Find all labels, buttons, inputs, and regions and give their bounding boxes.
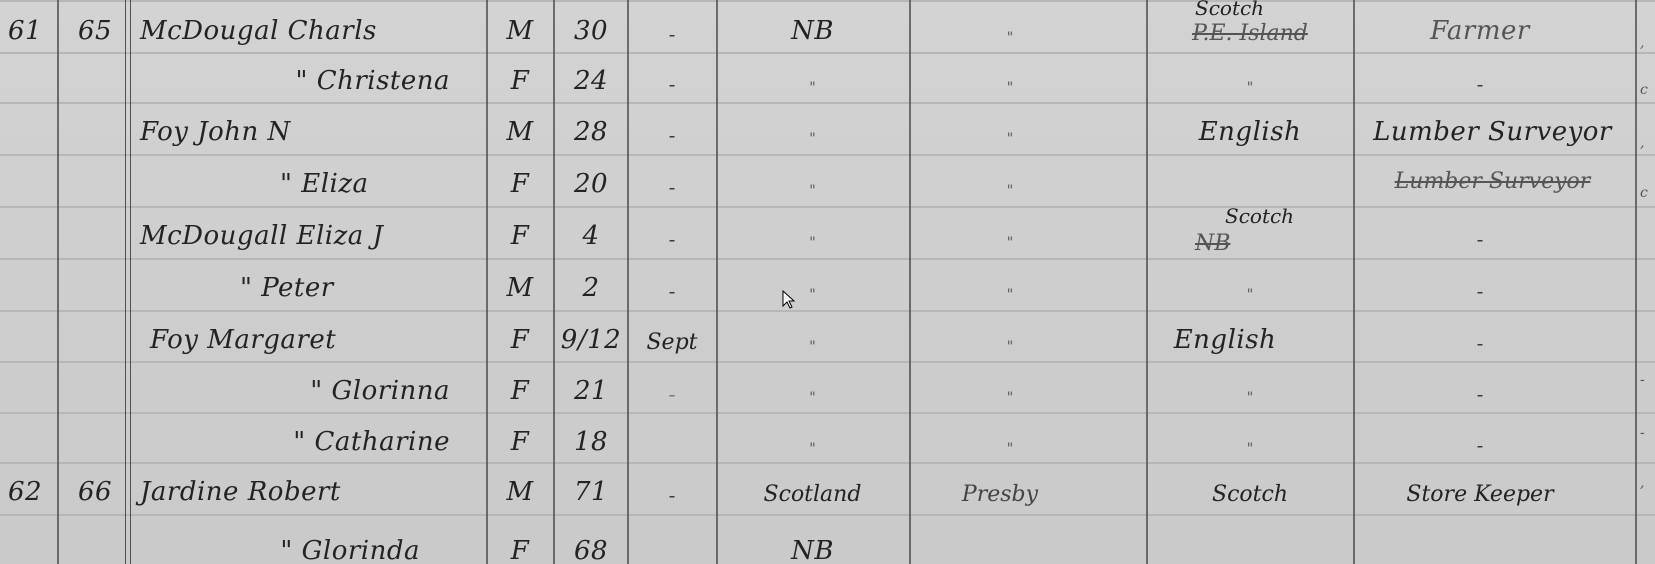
religion: "	[960, 103, 1060, 153]
sex: F	[490, 52, 550, 102]
religion: "	[960, 52, 1060, 102]
born-month: -	[630, 52, 714, 102]
occupation-struck: Lumber Surveyor	[1360, 150, 1625, 200]
dwelling-number: 62	[8, 463, 53, 513]
age: 2	[558, 259, 624, 309]
margin-tick: -	[1640, 372, 1645, 388]
origin: Scotch	[1150, 463, 1350, 513]
birthplace: Scotland	[720, 463, 905, 513]
birthplace: NB	[720, 522, 905, 564]
origin-struck: NB	[1195, 212, 1315, 262]
birthplace: "	[720, 207, 905, 257]
person-name: " Catharine	[170, 413, 480, 463]
occupation: -	[1360, 52, 1600, 102]
occupation: -	[1360, 259, 1600, 309]
sex: F	[490, 155, 550, 205]
religion: "	[960, 155, 1060, 205]
margin-tick: c	[1640, 185, 1648, 201]
column-rule	[486, 0, 488, 564]
origin-struck: P.E. Island	[1150, 2, 1350, 52]
origin: "	[1150, 362, 1350, 412]
birthplace: NB	[720, 2, 905, 52]
sex: M	[490, 259, 550, 309]
occupation: -	[1360, 362, 1600, 412]
born-month: -	[630, 103, 714, 153]
margin-tick: ,	[1640, 35, 1644, 51]
column-rule	[1635, 0, 1637, 564]
column-rule	[1146, 0, 1148, 564]
birthplace: "	[720, 311, 905, 361]
column-rule	[553, 0, 555, 564]
age: 24	[558, 52, 624, 102]
sex: F	[490, 522, 550, 564]
origin: "	[1150, 52, 1350, 102]
sex: M	[490, 103, 550, 153]
dwelling-number: 61	[8, 2, 53, 52]
born-month: -	[630, 259, 714, 309]
birthplace: "	[720, 103, 905, 153]
age: 68	[558, 522, 624, 564]
person-name: Jardine Robert	[140, 463, 480, 513]
age: 9/12	[558, 311, 624, 361]
age: 30	[558, 2, 624, 52]
born-month: -	[630, 207, 714, 257]
born-month: -	[630, 2, 714, 52]
sex: F	[490, 362, 550, 412]
religion: Presby	[920, 463, 1080, 513]
occupation: -	[1360, 413, 1600, 463]
margin-tick: c	[1640, 82, 1648, 98]
birthplace: "	[720, 52, 905, 102]
person-name: McDougall Eliza J	[140, 207, 480, 257]
person-name: Foy John N	[140, 103, 480, 153]
born-month: -	[630, 463, 714, 513]
margin-tick: ,	[1640, 135, 1644, 151]
person-name: Foy Margaret	[140, 311, 480, 361]
birthplace: "	[720, 155, 905, 205]
sex: M	[490, 2, 550, 52]
column-rule	[57, 0, 59, 564]
sex: F	[490, 311, 550, 361]
sex: F	[490, 413, 550, 463]
column-rule-double	[125, 0, 131, 564]
age: 18	[558, 413, 624, 463]
birthplace: "	[720, 259, 905, 309]
born-month: Sept	[630, 311, 714, 361]
birthplace: "	[720, 362, 905, 412]
age: 71	[558, 463, 624, 513]
margin-tick: -	[1640, 425, 1645, 441]
religion: "	[960, 259, 1060, 309]
occupation: Store Keeper	[1360, 463, 1600, 513]
occupation: -	[1360, 207, 1600, 257]
born-month: -	[630, 362, 714, 412]
occupation: -	[1360, 311, 1600, 361]
column-rule	[909, 0, 911, 564]
person-name: " Glorinna	[190, 362, 480, 412]
age: 20	[558, 155, 624, 205]
row-rule	[0, 514, 1655, 516]
margin-tick: ,	[1640, 475, 1644, 491]
person-name: " Christena	[190, 52, 480, 102]
family-number: 65	[78, 2, 123, 52]
religion: "	[960, 2, 1060, 52]
age: 4	[558, 207, 624, 257]
religion: "	[960, 413, 1060, 463]
birthplace: "	[720, 413, 905, 463]
census-ledger-page: 61 65 McDougal Charls M 30 - NB " Scotch…	[0, 0, 1655, 564]
born-month: -	[630, 155, 714, 205]
religion: "	[960, 207, 1060, 257]
person-name: McDougal Charls	[140, 2, 480, 52]
person-name: " Peter	[190, 259, 480, 309]
family-number: 66	[78, 463, 123, 513]
person-name: " Eliza	[190, 155, 480, 205]
age: 28	[558, 103, 624, 153]
occupation: Farmer	[1360, 2, 1600, 52]
origin: "	[1150, 413, 1350, 463]
age: 21	[558, 362, 624, 412]
origin: English	[1150, 103, 1350, 153]
column-rule	[716, 0, 718, 564]
origin: "	[1150, 259, 1350, 309]
occupation: Lumber Surveyor	[1360, 103, 1625, 153]
person-name: " Glorinda	[170, 522, 480, 564]
origin: English	[1150, 311, 1300, 361]
column-rule	[627, 0, 629, 564]
sex: F	[490, 207, 550, 257]
sex: M	[490, 463, 550, 513]
column-rule	[1353, 0, 1355, 564]
religion: "	[960, 311, 1060, 361]
religion: "	[960, 362, 1060, 412]
